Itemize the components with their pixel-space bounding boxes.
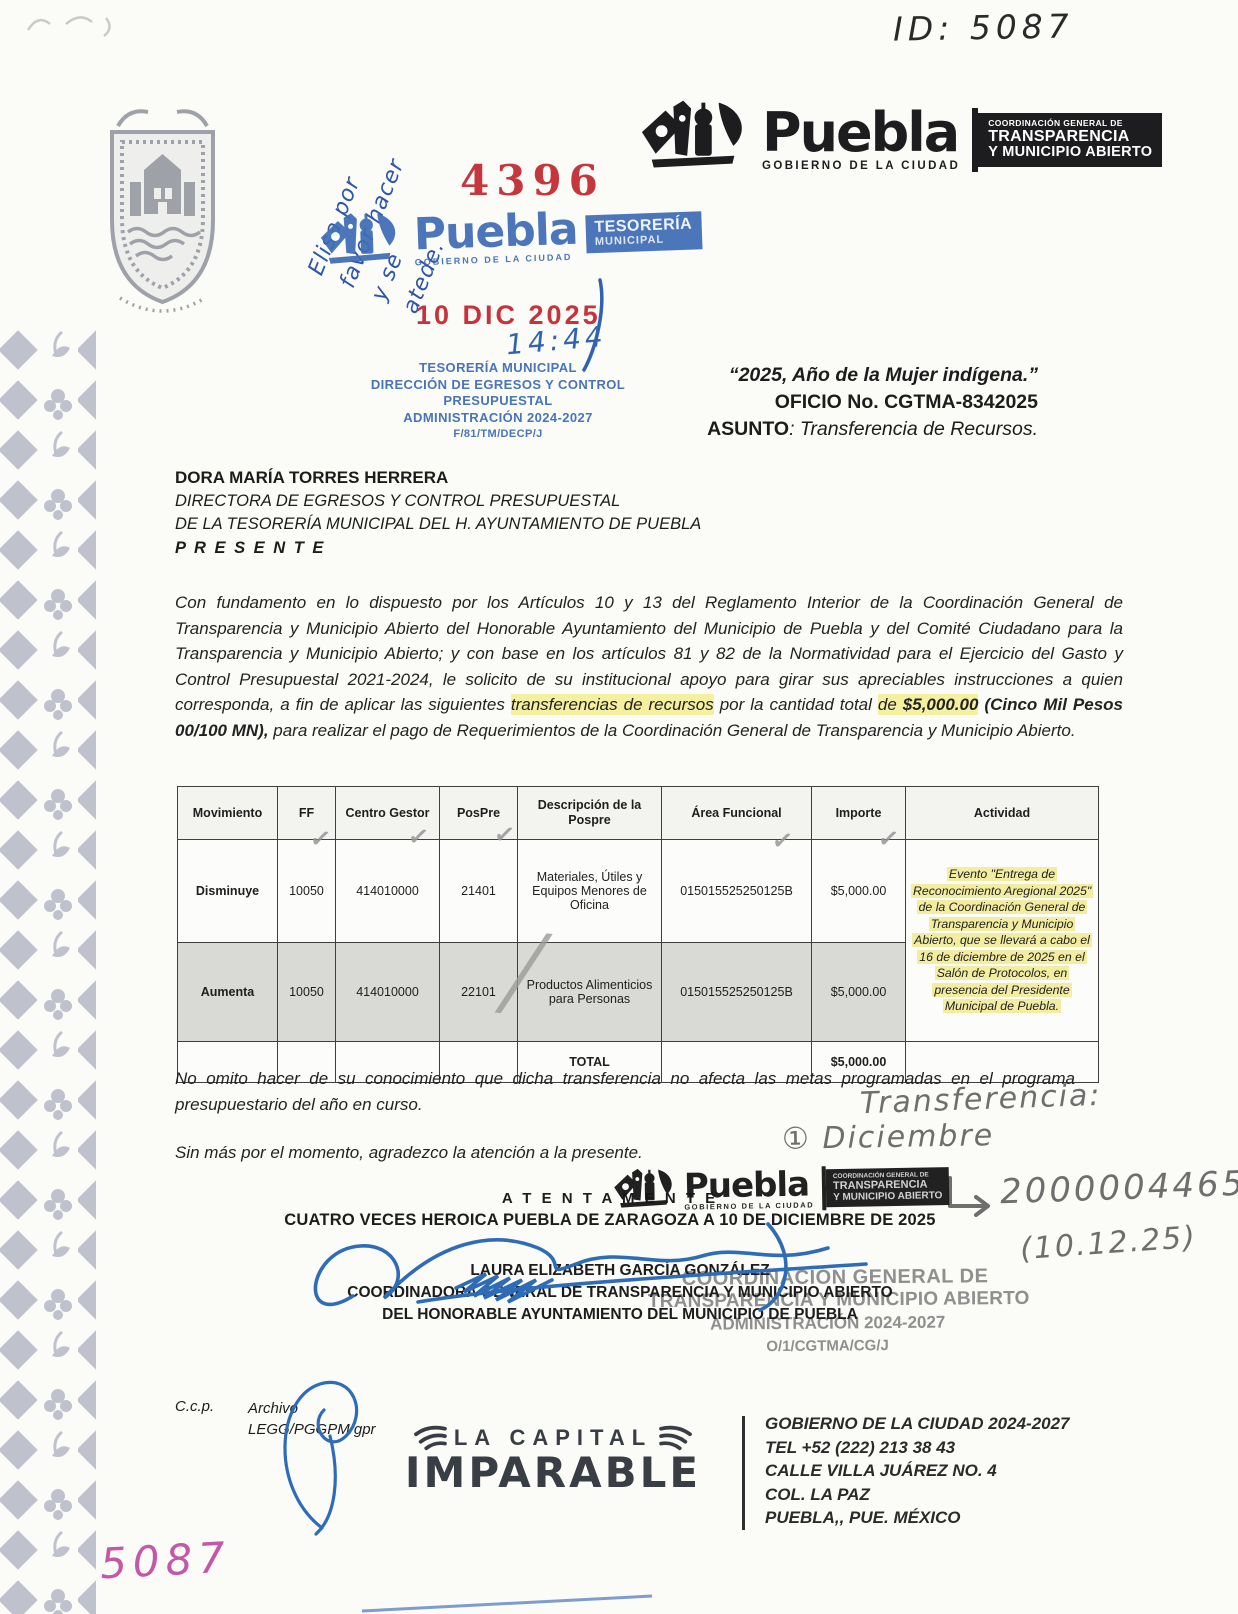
col-header-importe: Importe xyxy=(812,787,906,840)
ccp-label: C.c.p. xyxy=(175,1398,214,1415)
address-line: TEL +52 (222) 213 38 43 xyxy=(765,1436,1070,1460)
col-header-ff: FF xyxy=(278,787,336,840)
oficio-number: OFICIO No. CGTMA-8342025 xyxy=(600,389,1038,416)
cell-movimiento: Aumenta xyxy=(178,943,278,1042)
pink-folio-note: 5087 xyxy=(99,1533,232,1589)
cell-area-funcional: ✓015015525250125B xyxy=(662,840,812,943)
handwritten-id-note: ID: 5087 xyxy=(893,6,1074,48)
cell-descripcion: Materiales, Útiles y Equipos Menores de … xyxy=(518,840,662,943)
puebla-wordmark: Puebla xyxy=(762,108,958,158)
subject-line: ASUNTO: Transferencia de Recursos. xyxy=(600,416,1038,443)
col-header-area-funcional: Área Funcional xyxy=(662,787,812,840)
puebla-wordmark: Puebla xyxy=(684,1168,815,1202)
signature-stroke xyxy=(298,1208,898,1323)
cell-descripcion: ╱Productos Alimenticios para Personas xyxy=(518,943,662,1042)
cell-value: 21401 xyxy=(461,884,496,898)
puebla-logo-icon xyxy=(317,210,407,275)
folio-number-stamp: 4396 xyxy=(460,156,605,205)
col-header-pospre: PosPre xyxy=(440,787,518,840)
municipal-label: MUNICIPAL xyxy=(595,233,693,248)
subject-label: ASUNTO xyxy=(707,418,789,440)
p1-text: para realizar el pago de Requerimientos … xyxy=(269,721,1076,740)
scan-artifact xyxy=(22,4,132,48)
address-line: PUEBLA,, PUE. MÉXICO xyxy=(765,1506,1070,1530)
banner-line: TRANSPARENCIA xyxy=(988,128,1152,145)
activity-cell: Evento "Entrega de Reconocimiento Aregio… xyxy=(906,840,1099,1042)
document-meta: “2025, Año de la Mujer indígena.” OFICIO… xyxy=(600,362,1038,443)
presente-line: P R E S E N T E xyxy=(175,537,701,561)
address-line: COL. LA PAZ xyxy=(765,1483,1070,1507)
highlight-amount: de $5,000.00 xyxy=(878,694,979,715)
tesoreria-stamp-box: TESORERÍA MUNICIPAL xyxy=(585,211,702,253)
banner-line: COORDINACIÓN GENERAL DE xyxy=(988,119,1152,128)
cell-value: $5,000.00 xyxy=(831,884,887,898)
cell-importe: ✓$5,000.00 xyxy=(812,840,906,943)
highlight-transfers: transferencias de recursos xyxy=(511,694,714,715)
right-wing-icon xyxy=(659,1424,693,1452)
pen-stroke xyxy=(570,278,610,373)
subject-value: : Transferencia de Recursos. xyxy=(789,418,1038,440)
city-seal xyxy=(90,92,235,337)
cell-pospre: 22101 xyxy=(440,943,518,1042)
body-paragraph-1: Con fundamento en lo dispuesto por los A… xyxy=(175,590,1123,743)
slogan-line-2: IMPARABLE xyxy=(398,1448,708,1497)
address-line: CALLE VILLA JUÁREZ NO. 4 xyxy=(765,1459,1070,1483)
recipient-title: DIRECTORA DE EGRESOS Y CONTROL PRESUPUES… xyxy=(175,490,701,514)
coordination-banner: COORDINACIÓN GENERAL DE TRANSPARENCIA Y … xyxy=(978,113,1162,167)
cell-value: 10050 xyxy=(289,884,324,898)
body-paragraph-3: Sin más por el momento, agradezco la ate… xyxy=(175,1140,875,1166)
year-quote: “2025, Año de la Mujer indígena.” xyxy=(600,362,1038,389)
cell-value: Productos Alimenticios para Personas xyxy=(527,978,653,1006)
scanned-oficio-document: ID: 5087 Elisa por favor hacer y se ate xyxy=(0,0,1238,1614)
recipient-name: DORA MARÍA TORRES HERRERA xyxy=(175,466,701,490)
col-header-centro-gestor: Centro Gestor xyxy=(336,787,440,840)
cell-centro-gestor: ✓414010000 xyxy=(336,840,440,943)
col-header-descripcion: Descripción de la Pospre xyxy=(518,787,662,840)
table-row-disminuye: Disminuye ✓10050 ✓414010000 ✓21401 Mater… xyxy=(178,840,1099,943)
cell-pospre: ✓21401 xyxy=(440,840,518,943)
p1-text: por la cantidad total xyxy=(714,695,878,714)
cell-importe: $5,000.00 xyxy=(812,943,906,1042)
cell-ff: 10050 xyxy=(278,943,336,1042)
address-block: GOBIERNO DE LA CIUDAD 2024-2027 TEL +52 … xyxy=(742,1412,1070,1530)
puebla-logo-icon xyxy=(638,98,756,182)
capital-imparable-logo: LA CAPITAL IMPARABLE xyxy=(398,1424,708,1497)
pencil-note-december: ① Diciembre xyxy=(782,1118,995,1157)
puebla-header-logo: Puebla GOBIERNO DE LA CIUDAD COORDINACIÓ… xyxy=(638,98,1162,182)
pen-loop-stroke xyxy=(256,1366,406,1541)
recipient-block: DORA MARÍA TORRES HERRERA DIRECTORA DE E… xyxy=(175,466,701,560)
tesoreria-stamp: Puebla GOBIERNO DE LA CIUDAD TESORERÍA M… xyxy=(317,199,702,274)
col-header-movimiento: Movimiento xyxy=(178,787,278,840)
cell-value: 414010000 xyxy=(356,884,419,898)
cell-ff: ✓10050 xyxy=(278,840,336,943)
cell-value: 015015525250125B xyxy=(680,884,793,898)
recipient-org: DE LA TESORERÍA MUNICIPAL DEL H. AYUNTAM… xyxy=(175,513,701,537)
amount-value: $5,000.00 xyxy=(903,695,979,714)
cell-area-funcional: 015015525250125B xyxy=(662,943,812,1042)
gray-stamp-line: O/1/CGTMA/CG/J xyxy=(766,1335,1148,1355)
banner-line: Y MUNICIPIO ABIERTO xyxy=(988,145,1152,161)
transfers-table: Movimiento FF Centro Gestor PosPre Descr… xyxy=(177,786,1098,1083)
left-margin-pattern xyxy=(0,330,96,1614)
scan-edge-streak xyxy=(360,1592,660,1614)
pencil-note-transfer-number: 2000004465 xyxy=(999,1164,1238,1213)
coordination-banner: COORDINACIÓN GENERAL DE TRANSPARENCIA Y … xyxy=(826,1167,950,1207)
col-header-actividad: Actividad xyxy=(906,787,1099,840)
cell-movimiento: Disminuye xyxy=(178,840,278,943)
gobierno-caption: GOBIERNO DE LA CIUDAD xyxy=(762,160,960,172)
p1-text: de xyxy=(878,695,903,714)
puebla-wordmark: Puebla xyxy=(413,208,578,256)
banner-line: Y MUNICIPIO ABIERTO xyxy=(833,1190,942,1203)
cell-centro-gestor: 414010000 xyxy=(336,943,440,1042)
address-divider-bar xyxy=(742,1416,745,1530)
address-line: GOBIERNO DE LA CIUDAD 2024-2027 xyxy=(765,1412,1070,1436)
activity-text: Evento "Entrega de Reconocimiento Aregio… xyxy=(911,867,1093,1013)
